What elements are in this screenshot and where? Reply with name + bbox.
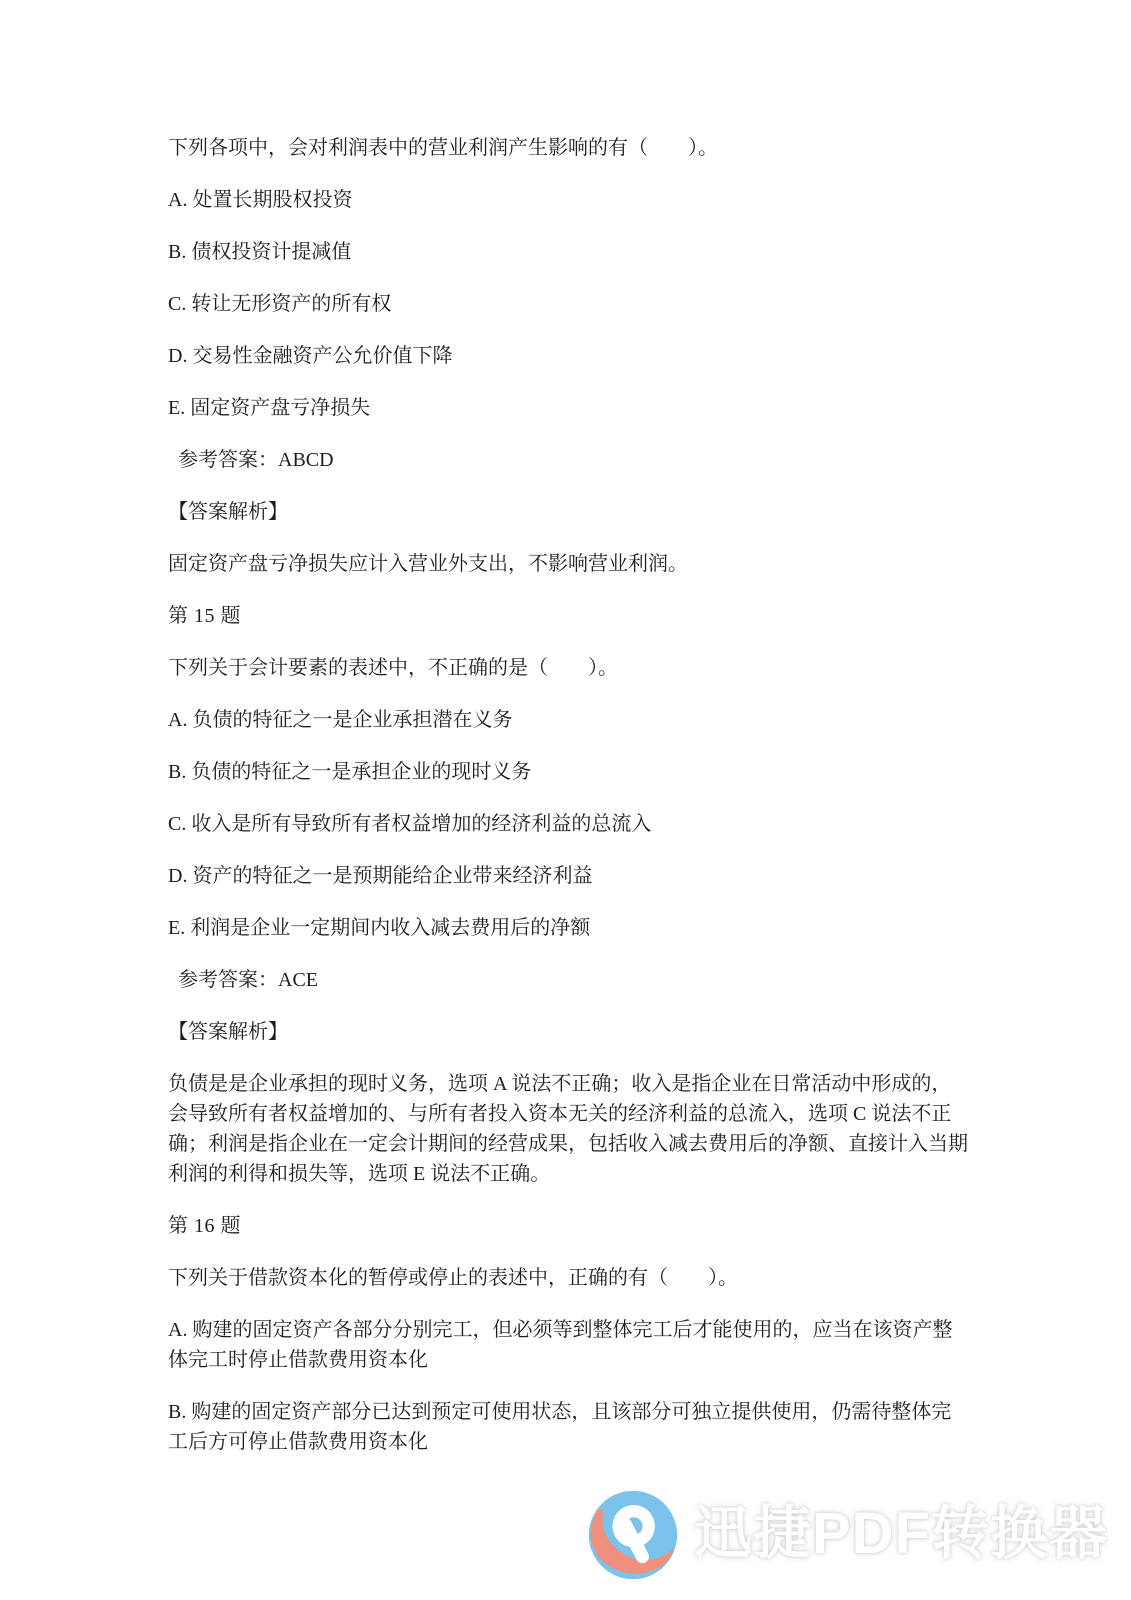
question-option: C. 收入是所有导致所有者权益增加的经济利益的总流入 xyxy=(168,809,968,839)
document-page: 下列各项中，会对利润表中的营业利润产生影响的有（ ）。A. 处置长期股权投资B.… xyxy=(0,0,1131,1600)
answer-line: 参考答案：ABCD xyxy=(168,445,968,475)
question-option: B. 债权投资计提减值 xyxy=(168,237,968,267)
question-option: B. 购建的固定资产部分已达到预定可使用状态，且该部分可独立提供使用，仍需待整体… xyxy=(168,1397,968,1457)
pdf-converter-watermark: 迅捷PDF转换器 xyxy=(586,1478,1108,1600)
answer-line: 参考答案：ACE xyxy=(168,965,968,995)
questions-content: 下列各项中，会对利润表中的营业利润产生影响的有（ ）。A. 处置长期股权投资B.… xyxy=(168,133,968,1479)
analysis-text: 负债是是企业承担的现时义务，选项 A 说法不正确；收入是指企业在日常活动中形成的… xyxy=(168,1069,968,1189)
question-option: A. 负债的特征之一是企业承担潜在义务 xyxy=(168,705,968,735)
analysis-label: 【答案解析】 xyxy=(168,497,968,527)
question-number: 第 15 题 xyxy=(168,601,968,631)
question-option: E. 利润是企业一定期间内收入减去费用后的净额 xyxy=(168,913,968,943)
question-option: E. 固定资产盘亏净损失 xyxy=(168,393,968,423)
analysis-label: 【答案解析】 xyxy=(168,1017,968,1047)
question-option: D. 交易性金融资产公允价值下降 xyxy=(168,341,968,371)
question-stem: 下列关于会计要素的表述中，不正确的是（ ）。 xyxy=(168,653,968,683)
question-stem: 下列各项中，会对利润表中的营业利润产生影响的有（ ）。 xyxy=(168,133,968,163)
question-number: 第 16 题 xyxy=(168,1211,968,1241)
pdf-converter-logo-icon xyxy=(586,1488,680,1582)
watermark-text: 迅捷PDF转换器 xyxy=(694,1478,1108,1590)
question-option: A. 处置长期股权投资 xyxy=(168,185,968,215)
question-option: C. 转让无形资产的所有权 xyxy=(168,289,968,319)
question-option: D. 资产的特征之一是预期能给企业带来经济利益 xyxy=(168,861,968,891)
question-option: A. 购建的固定资产各部分分别完工，但必须等到整体完工后才能使用的，应当在该资产… xyxy=(168,1315,968,1375)
question-stem: 下列关于借款资本化的暂停或停止的表述中，正确的有（ ）。 xyxy=(168,1263,968,1293)
analysis-text: 固定资产盘亏净损失应计入营业外支出，不影响营业利润。 xyxy=(168,549,968,579)
question-option: B. 负债的特征之一是承担企业的现时义务 xyxy=(168,757,968,787)
